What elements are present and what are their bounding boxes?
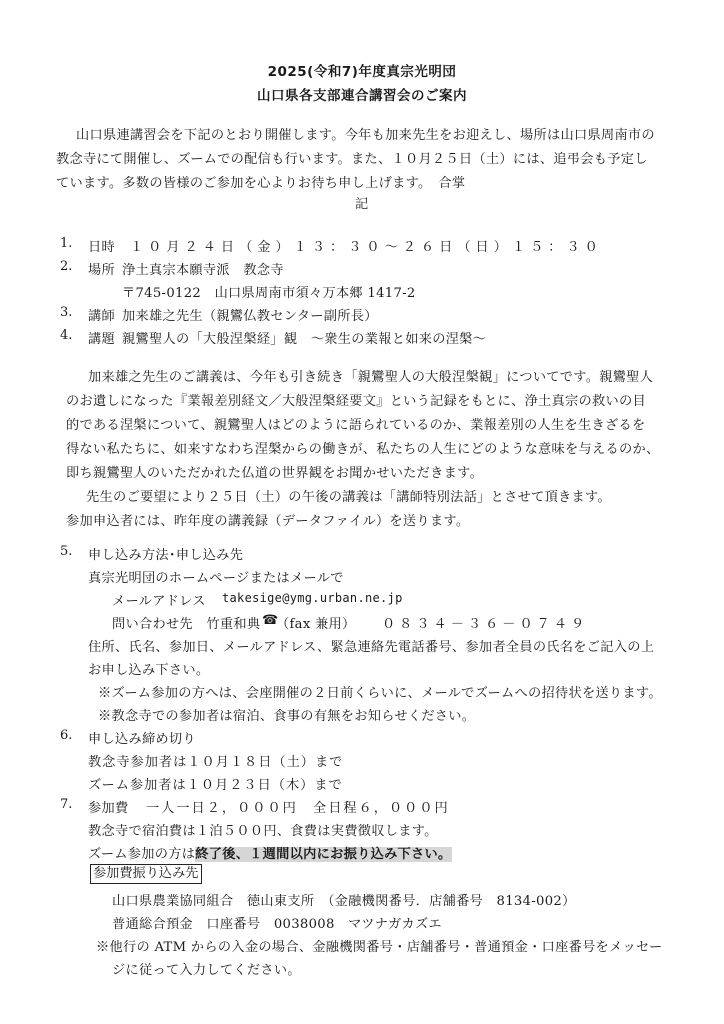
section-5-heading: 申し込み方法･申し込み先: [88, 544, 243, 563]
title-line-2: 山口県各支部連合講習会のご案内: [0, 84, 724, 104]
payment-destination-box: 参加費振り込み先: [90, 864, 202, 884]
fee-value: 一人一日２，０００円 全日程６，０００円: [146, 797, 450, 816]
lodging-note: ※教念寺での参加者は宿泊、食事の有無をお知らせください。: [98, 705, 475, 724]
item-4-value: 親鸞聖人の「大般涅槃経」観 ～衆生の業報と如来の涅槃～: [122, 328, 486, 347]
item-3-label: 講師: [88, 305, 115, 324]
application-info-line-1: 住所、氏名、参加日、メールアドレス、緊急連絡先電話番号、参加者全員の氏名をご記入…: [88, 636, 654, 655]
phone-number: ０８３４－３６－０７４９: [382, 613, 588, 632]
section-6-heading: 申し込み締め切り: [88, 728, 196, 747]
item-3-number: 3.: [60, 305, 72, 320]
description-line-4: 得ない私たちに、如来すなわち涅槃からの働きが、私たちの人生にどのような意味を与え…: [66, 438, 659, 457]
item-1-value: １０月２４日（金）１３：３０～２６日（日）１５：３０: [130, 236, 603, 255]
title-line-1: 2025(令和7)年度真宗光明団: [0, 60, 724, 80]
description-line-6: 先生のご要望により２５日（土）の午後の講義は「講師特別法話」とさせて頂きます。: [86, 486, 611, 505]
fee-zoom-prefix: ズーム参加の方は: [88, 847, 195, 862]
description-line-7: 参加申込者には、昨年度の講義録（データファイル）を送ります。: [66, 510, 469, 529]
zoom-note: ※ズーム参加の方へは、会座開催の２日前くらいに、メールでズームへの招待状を送りま…: [98, 682, 662, 701]
atm-note-line-1: ※他行の ATM からの入金の場合、金融機関番号・店舗番号・普通預金・口座番号を…: [96, 936, 662, 955]
item-3-value: 加来雄之先生（親鸞仏教センター副所長）: [122, 305, 378, 324]
item-2-label: 場所: [88, 259, 115, 278]
item-4-label: 講題: [88, 328, 115, 347]
item-1-label: 日時: [88, 236, 115, 255]
application-info-line-2: お申し込み下さい。: [88, 659, 209, 678]
atm-note-line-2: ジに従って入力してください。: [112, 959, 301, 978]
email-address[interactable]: takesige@ymg.urban.ne.jp: [222, 591, 403, 605]
intro-line-3: ています。多数の皆様のご参加を心よりお待ち申し上げます。 合掌: [56, 172, 465, 191]
email-label: メールアドレス: [112, 590, 206, 609]
item-2-number: 2.: [60, 259, 72, 274]
item-2-address: 〒745-0122 山口県周南市須々万本郷 1417-2: [122, 282, 416, 301]
intro-line-2: 教念寺にて開催し、ズームでの配信も行います。また、１０月２５日（土）には、追弔会…: [56, 148, 648, 167]
description-line-5: 即ち親鸞聖人のいただかれた仏道の世界観をお聞かせいただきます。: [66, 462, 483, 481]
document-page: 2025(令和7)年度真宗光明団 山口県各支部連合講習会のご案内 山口県連講習会…: [0, 0, 724, 1024]
deadline-zoom: ズーム参加者は１０月２３日（木）まで: [88, 774, 343, 793]
item-4-number: 4.: [60, 328, 72, 343]
contact-label: 問い合わせ先 竹重和典: [112, 613, 260, 632]
fee-lodging: 教念寺で宿泊費は１泊５００円、食費は実費徴収します。: [88, 820, 438, 839]
item-1-number: 1.: [60, 236, 72, 251]
section-6-number: 6.: [60, 728, 72, 743]
description-line-1: 加来雄之先生のご講義は、今年も引き続き「親鸞聖人の大般涅槃観」についてです。親鸞…: [88, 366, 653, 385]
application-method: 真宗光明団のホームページまたはメールで: [88, 567, 344, 586]
item-2-value: 浄土真宗本願寺派 教念寺: [122, 259, 284, 278]
description-line-2: のお遺しになった『業報差別経文／大般涅槃経要文』という記録をもとに、浄土真宗の救…: [66, 390, 646, 409]
bank-info-line-2: 普通総合預金 口座番号 0038008 マツナガカズエ: [112, 913, 442, 932]
deadline-onsite: 教念寺参加者は１０月１８日（土）まで: [88, 751, 343, 770]
fee-zoom-payment: ズーム参加の方は終了後、１週間以内にお振り込み下さい。: [88, 843, 452, 862]
intro-line-1: 山口県連講習会を下記のとおり開催します。今年も加来先生をお迎えし、場所は山口県周…: [76, 124, 655, 143]
bank-info-line-1: 山口県農業協同組合 徳山東支所 （金融機関番号．店舗番号 8134-002）: [112, 890, 576, 909]
fee-label: 参加費: [88, 797, 128, 816]
ki-heading: 記: [355, 193, 369, 212]
fax-note: （fax 兼用）: [276, 613, 356, 632]
section-5-number: 5.: [60, 544, 72, 559]
description-line-3: 的である涅槃について、親鸞聖人はどのように語られているのか、業報差別の人生を生き…: [66, 414, 645, 433]
payment-deadline-highlight: 終了後、１週間以内にお振り込み下さい。: [195, 847, 451, 862]
section-7-number: 7.: [60, 797, 72, 812]
